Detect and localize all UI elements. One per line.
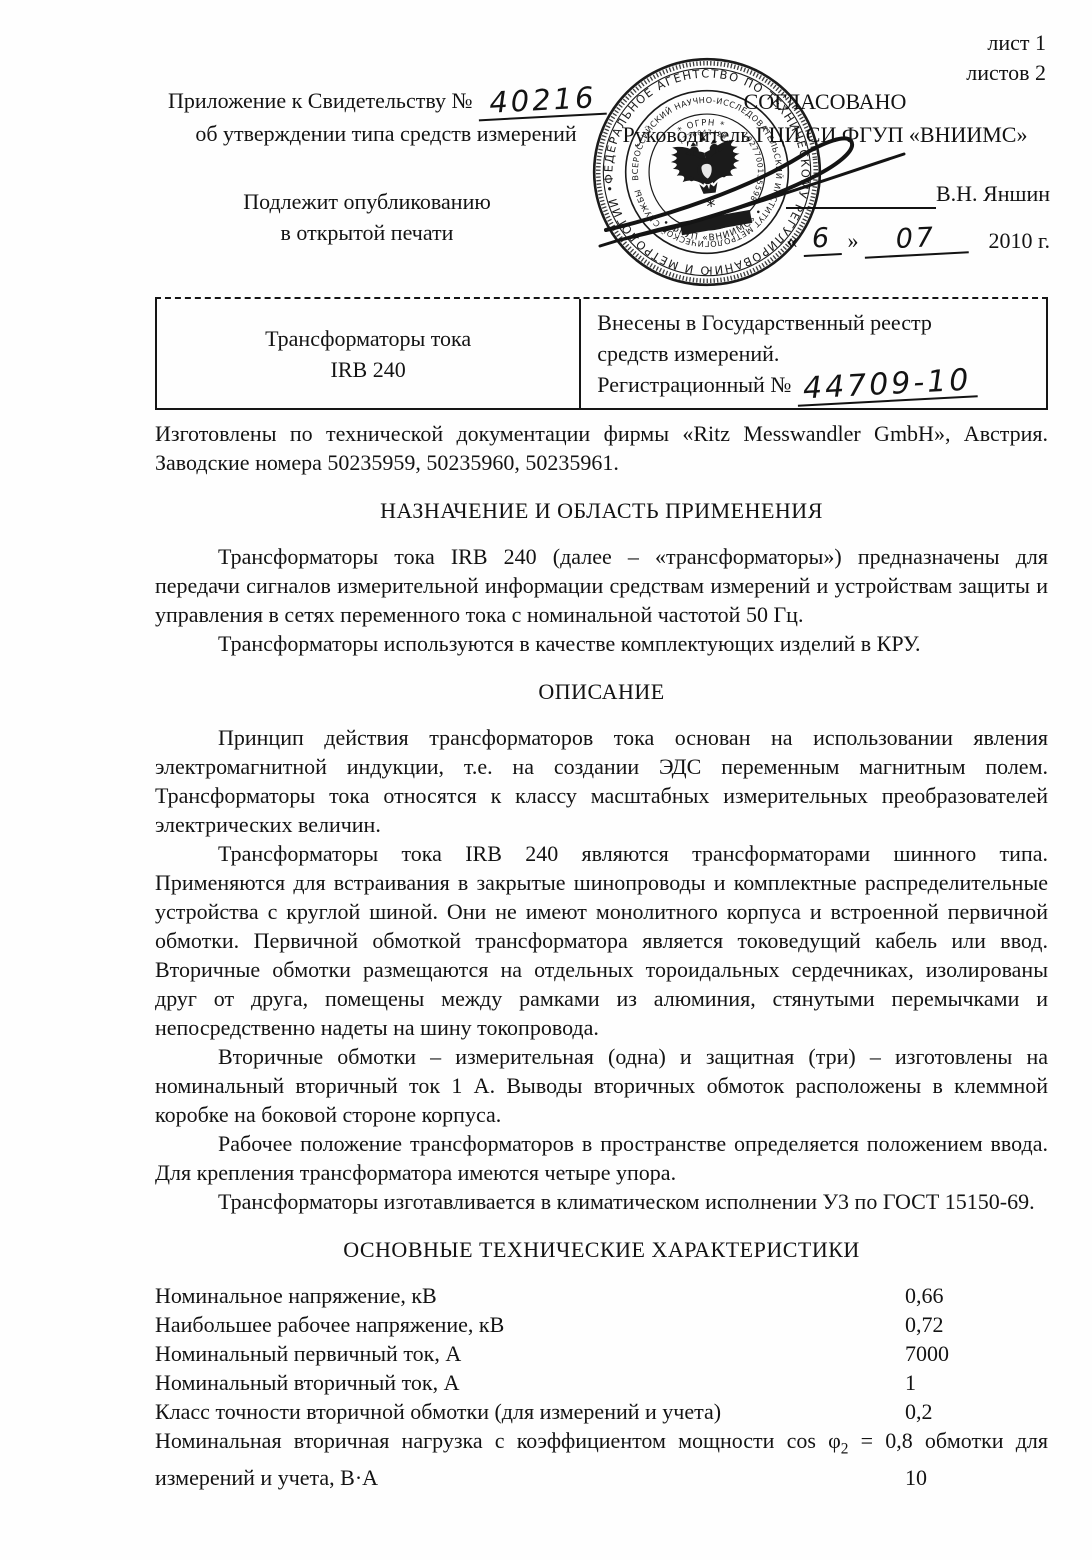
spec-label: Номинальный вторичный ток, А — [155, 1370, 459, 1395]
annex-subtitle: об утверждении типа средств измерений — [168, 118, 604, 149]
spec-row: Номинальный первичный ток, А 7000 — [155, 1339, 1048, 1368]
document-body: Трансформаторы тока IRB 240 Внесены в Го… — [155, 297, 1048, 1492]
specs-heading: ОСНОВНЫЕ ТЕХНИЧЕСКИЕ ХАРАКТЕРИСТИКИ — [155, 1235, 1048, 1264]
spec-load-part2: = 0,8 обмотки для — [848, 1428, 1048, 1453]
publication-note: Подлежит опубликованию в открытой печати — [212, 186, 522, 248]
registry-line2: средств измерений. — [597, 338, 1046, 369]
registration-number-handwritten: 44709-10 — [796, 364, 978, 406]
spec-load-label-line1: Номинальная вторичная нагрузка с коэффиц… — [155, 1426, 1048, 1463]
description-paragraph: Трансформаторы изготавливается в климати… — [155, 1187, 1048, 1216]
spec-row: Номинальный вторичный ток, А 1 — [155, 1368, 1048, 1397]
spec-row: измерений и учета, В·А 10 — [155, 1463, 1048, 1492]
spec-row: Наибольшее рабочее напряжение, кВ 0,72 — [155, 1310, 1048, 1339]
spec-value: 0,2 — [905, 1397, 933, 1426]
registry-line1: Внесены в Государственный реестр — [597, 307, 1046, 338]
purpose-paragraph: Трансформаторы тока IRB 240 (далее – «тр… — [155, 542, 1048, 629]
device-name-cell: Трансформаторы тока IRB 240 — [157, 299, 581, 408]
annex-block: Приложение к Свидетельству № 40216 об ут… — [168, 85, 604, 149]
title-table: Трансформаторы тока IRB 240 Внесены в Го… — [155, 297, 1048, 410]
spec-label: Номинальный первичный ток, А — [155, 1341, 461, 1366]
spec-label: Класс точности вторичной обмотки (для из… — [155, 1399, 721, 1424]
publication-line1: Подлежит опубликованию — [212, 186, 522, 217]
purpose-paragraph: Трансформаторы используются в качестве к… — [155, 629, 1048, 658]
spec-value: 1 — [905, 1368, 916, 1397]
description-paragraph: Трансформаторы тока IRB 240 являются тра… — [155, 839, 1048, 1042]
annex-prefix: Приложение к Свидетельству № — [168, 88, 472, 113]
spec-label: Номинальное напряжение, кВ — [155, 1283, 437, 1308]
certificate-page: лист 1 листов 2 Приложение к Свидетельст… — [0, 0, 1092, 1560]
registry-line3: Регистрационный № 44709-10 — [597, 369, 1046, 402]
description-heading: ОПИСАНИЕ — [155, 677, 1048, 706]
specs-list: Номинальное напряжение, кВ 0,66 Наибольш… — [155, 1281, 1048, 1492]
approver-name: В.Н. Яншин — [936, 178, 1050, 209]
registration-prefix: Регистрационный № — [597, 372, 791, 397]
registry-cell: Внесены в Государственный реестр средств… — [581, 299, 1046, 408]
spec-row: Номинальное напряжение, кВ 0,66 — [155, 1281, 1048, 1310]
handwritten-signature — [596, 126, 932, 258]
spec-row: Класс точности вторичной обмотки (для из… — [155, 1397, 1048, 1426]
publication-line2: в открытой печати — [212, 217, 522, 248]
description-paragraph: Вторичные обмотки – измерительная (одна)… — [155, 1042, 1048, 1129]
device-name-line1: Трансформаторы тока — [157, 323, 579, 354]
device-name-line2: IRB 240 — [157, 354, 579, 385]
sheet-number: лист 1 — [966, 28, 1046, 58]
manufacture-line1: Изготовлены по технической документации … — [155, 419, 1048, 448]
spec-value: 7000 — [905, 1339, 949, 1368]
spec-value: 0,66 — [905, 1281, 944, 1310]
date-year: 2010 г. — [988, 225, 1050, 256]
manufacture-line2: Заводские номера 50235959, 50235960, 502… — [155, 448, 1048, 477]
spec-label: измерений и учета, В·А — [155, 1465, 378, 1490]
description-paragraph: Рабочее положение трансформаторов в прос… — [155, 1129, 1048, 1187]
manufacture-note: Изготовлены по технической документации … — [155, 419, 1048, 477]
spec-load-row: Номинальная вторичная нагрузка с коэффиц… — [155, 1426, 1048, 1492]
description-paragraph: Принцип действия трансформаторов тока ос… — [155, 723, 1048, 839]
spec-label: Наибольшее рабочее напряжение, кВ — [155, 1312, 504, 1337]
purpose-heading: НАЗНАЧЕНИЕ И ОБЛАСТЬ ПРИМЕНЕНИЯ — [155, 496, 1048, 525]
spec-value: 0,72 — [905, 1310, 944, 1339]
sheet-counter: лист 1 листов 2 — [966, 28, 1046, 88]
spec-load-part1: Номинальная вторичная нагрузка с коэффиц… — [155, 1428, 841, 1453]
spec-value: 10 — [905, 1463, 927, 1492]
sheets-total: листов 2 — [966, 58, 1046, 88]
annex-title-line: Приложение к Свидетельству № 40216 — [168, 85, 604, 118]
